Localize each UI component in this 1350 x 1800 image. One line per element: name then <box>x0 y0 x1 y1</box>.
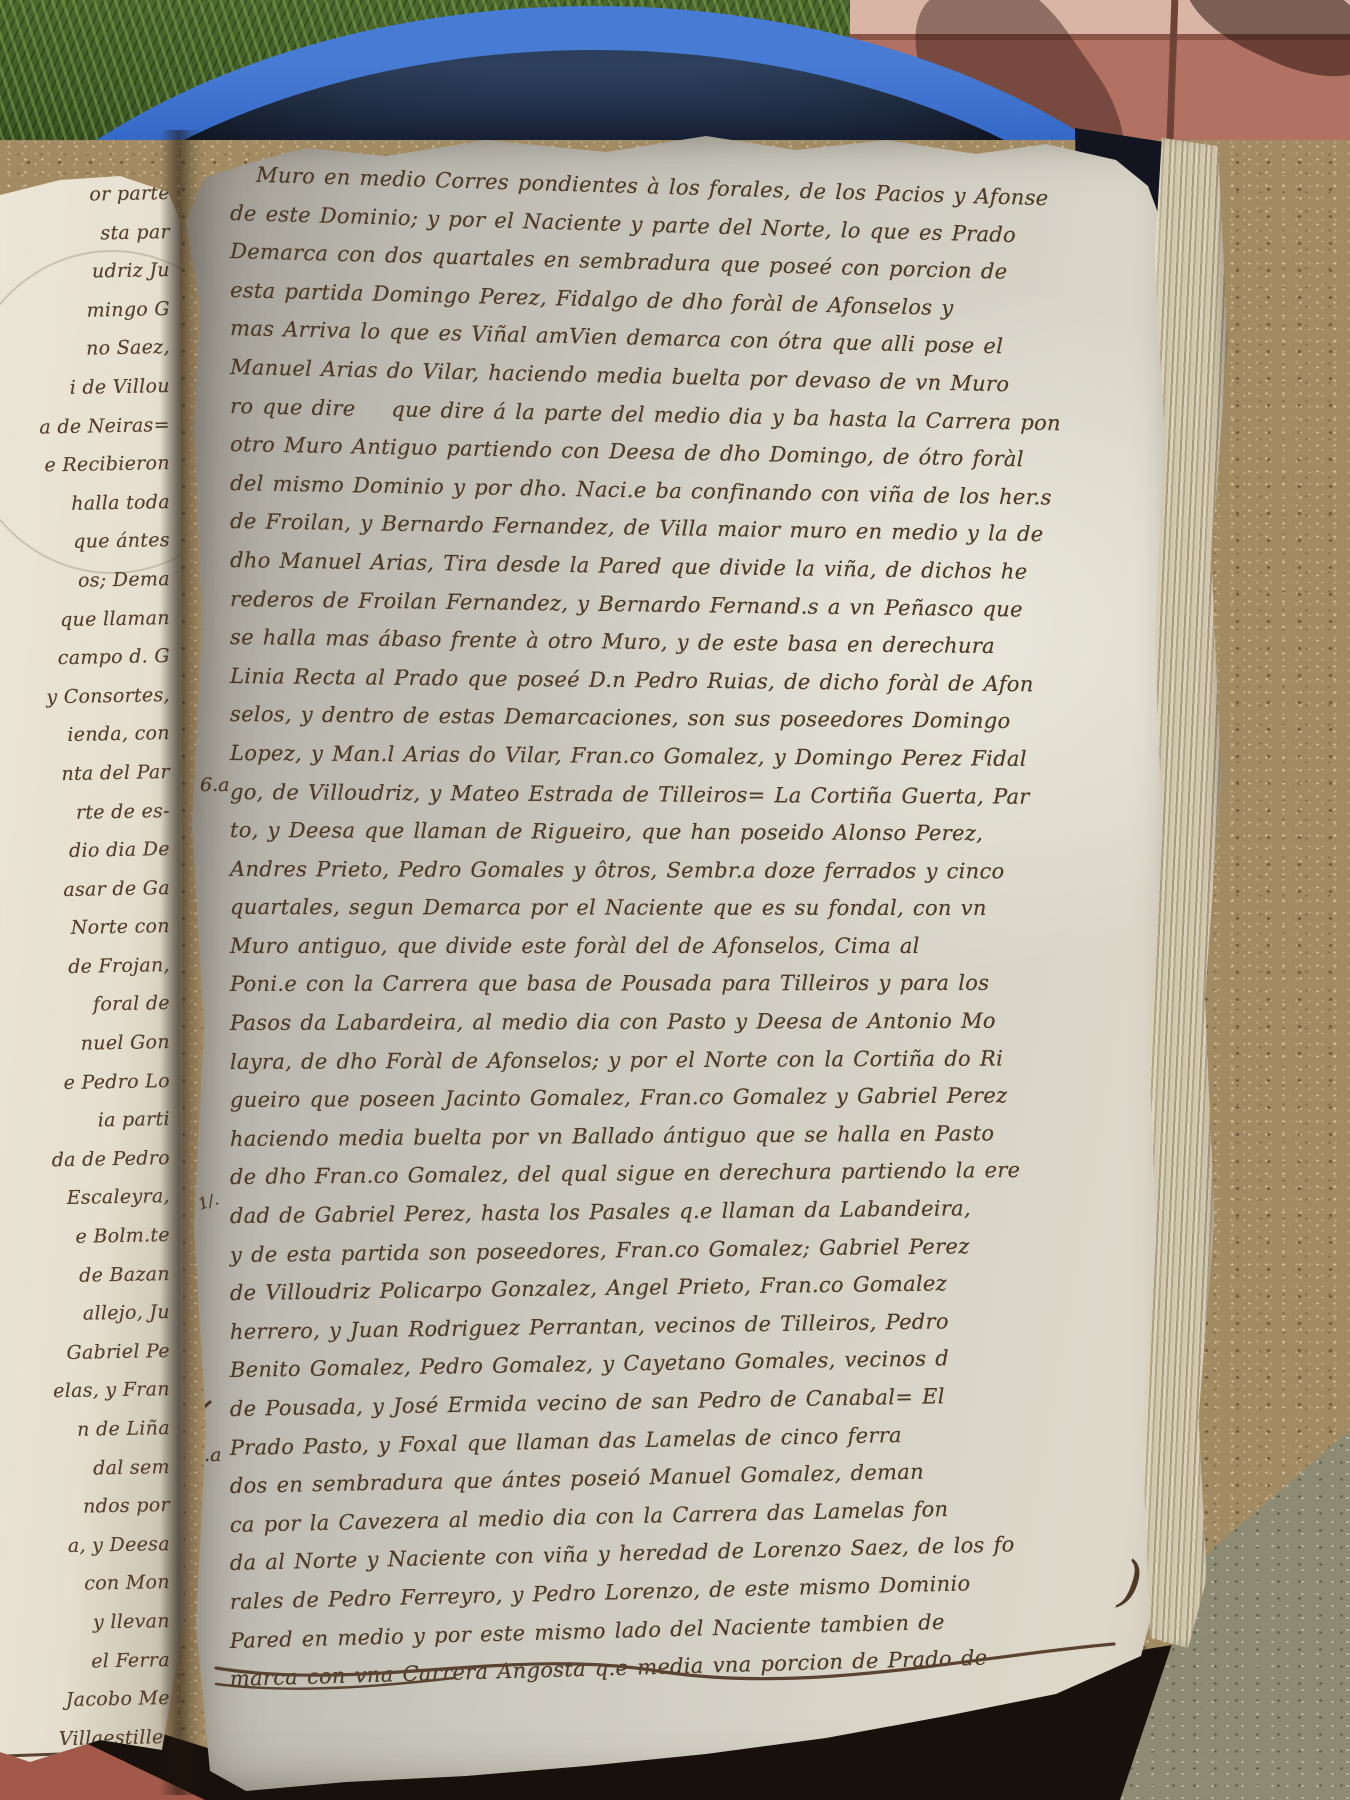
manuscript-line: Muro antiguo, que divide este foràl del … <box>230 934 1160 973</box>
manuscript-fragment: n de Liña <box>0 1417 170 1459</box>
end-of-entry-flourish <box>214 1634 1124 1704</box>
manuscript-fragment: foral de <box>0 992 170 1034</box>
manuscript-fragment: udriz Ju <box>0 259 170 301</box>
manuscript-fragment: campo d. G <box>0 645 170 687</box>
left-page-fragments: or partesta parudriz Jumingo Gno Saez,i … <box>0 182 170 1764</box>
manuscript-fragment: e Bolm.te <box>0 1224 170 1266</box>
manuscript-line: Lopez, y Man.l Arias do Vilar, Fran.co G… <box>230 741 1160 786</box>
manuscript-fragment: de Frojan, <box>0 954 170 996</box>
manuscript-fragment: y llevan <box>0 1610 170 1652</box>
manuscript-fragment: nuel Gon <box>0 1031 170 1073</box>
manuscript-fragment: ienda, con <box>0 722 170 764</box>
manuscript-fragment: halla toda <box>0 491 170 533</box>
manuscript-fragment: dio dia De <box>0 838 170 880</box>
manuscript-fragment: e Pedro Lo <box>0 1070 170 1112</box>
manuscript-fragment: a, y Deesa <box>0 1533 170 1575</box>
manuscript-fragment: el Ferra <box>0 1649 170 1691</box>
manuscript-fragment: que llaman <box>0 607 170 649</box>
manuscript-fragment: de Bazan <box>0 1263 170 1305</box>
manuscript-fragment: os; Dema <box>0 568 170 610</box>
manuscript-fragment: elas, y Fran <box>0 1378 170 1420</box>
manuscript-fragment: mingo G <box>0 298 170 340</box>
manuscript-fragment: ndos por <box>0 1494 170 1536</box>
manuscript-fragment: i de Villou <box>0 375 170 417</box>
manuscript-fragment: allejo, Ju <box>0 1301 170 1343</box>
manuscript-photo: or partesta parudriz Jumingo Gno Saez,i … <box>0 0 1350 1800</box>
manuscript-fragment: asar de Ga <box>0 877 170 919</box>
manuscript-fragment: ia parti <box>0 1108 170 1150</box>
manuscript-fragment: a de Neiras= <box>0 414 170 456</box>
manuscript-fragment: da de Pedro <box>0 1147 170 1189</box>
manuscript-fragment: con Mon <box>0 1571 170 1613</box>
manuscript-fragment: dal sem <box>0 1456 170 1498</box>
margin-tick-mark: 1/. <box>196 1189 222 1213</box>
manuscript-fragment: rte de es- <box>0 800 170 842</box>
manuscript-fragment: Norte con <box>0 915 170 957</box>
book-gutter-shadow <box>160 130 202 1795</box>
manuscript-line: Pasos da Labardeira, al medio dia con Pa… <box>230 1008 1160 1049</box>
manuscript-line: go, de Villoudriz, y Mateo Estrada de Ti… <box>230 780 1160 824</box>
manuscript-fragment: sta par <box>0 221 170 263</box>
manuscript-text: Muro en medio Corres pondientes à los fo… <box>230 162 1160 1706</box>
leaf-shadow <box>1170 0 1350 98</box>
manuscript-line: layra, de dho Foràl de Afonselos; y por … <box>230 1045 1160 1088</box>
manuscript-line: Poni.e con la Carrera que basa de Pousad… <box>230 971 1160 1011</box>
manuscript-fragment: nta del Par <box>0 761 170 803</box>
manuscript-line: quartales, segun Demarca por el Naciente… <box>230 895 1160 935</box>
manuscript-fragment: que ántes <box>0 529 170 571</box>
manuscript-fragment: no Saez, <box>0 336 170 378</box>
manuscript-line: Andres Prieto, Pedro Gomales y ôtros, Se… <box>230 857 1160 898</box>
margin-item-number-6: 6.a <box>200 774 229 796</box>
manuscript-fragment: Jacobo Me <box>0 1687 170 1729</box>
manuscript-fragment: y Consortes, <box>0 684 170 726</box>
manuscript-fragment: e Recibieron <box>0 452 170 494</box>
manuscript-fragment: Gabriel Pe <box>0 1340 170 1382</box>
manuscript-line: to, y Deesa que llaman de Rigueiro, que … <box>230 818 1160 861</box>
manuscript-page: Muro en medio Corres pondientes à los fo… <box>186 126 1176 1791</box>
manuscript-fragment: Escaleyra, <box>0 1185 170 1227</box>
